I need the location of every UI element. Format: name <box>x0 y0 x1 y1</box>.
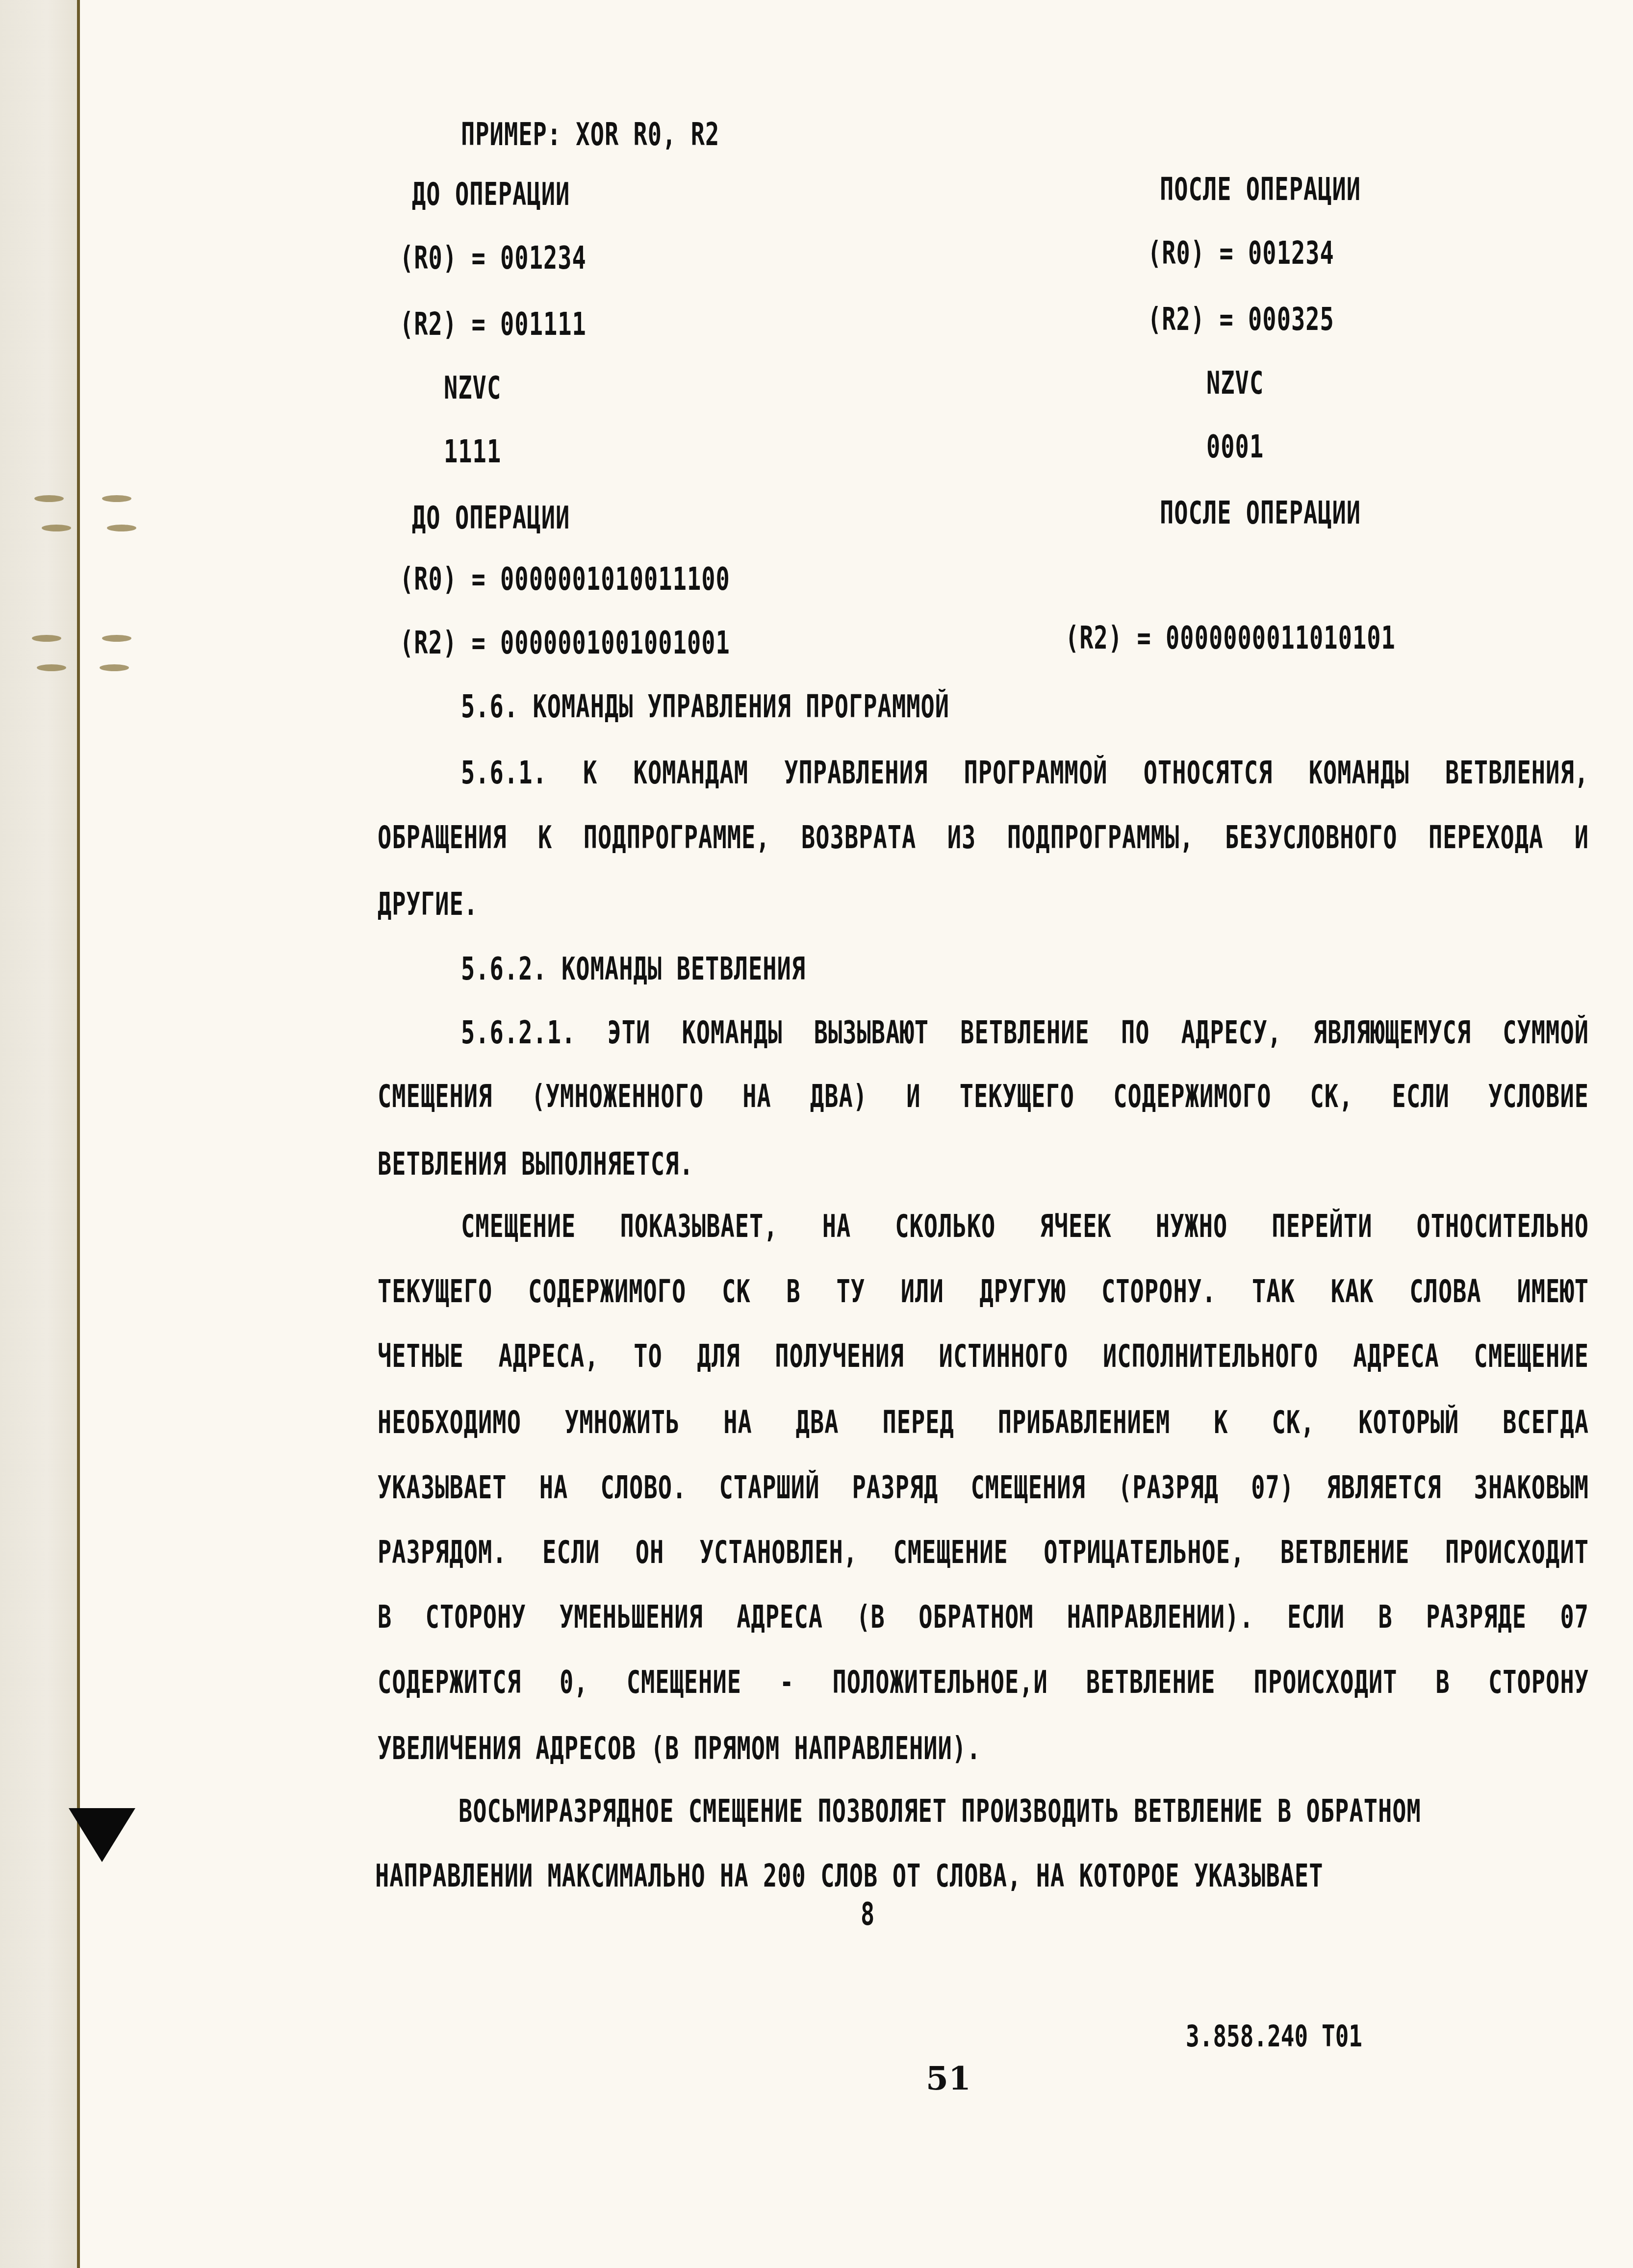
para-offset-line: УКАЗЫВАЕТ НА СЛОВО. СТАРШИЙ РАЗРЯД СМЕЩЕ… <box>378 1470 1589 1506</box>
after-heading-binary: ПОСЛЕ ОПЕРАЦИИ <box>1160 495 1361 531</box>
punch-hole-mark <box>32 635 61 642</box>
para-5-6-2-1-line: ВЕТВЛЕНИЯ ВЫПОЛНЯЕТСЯ. <box>378 1146 694 1183</box>
flags-label-after: NZVC <box>1206 365 1264 402</box>
flags-label-before: NZVC <box>444 370 501 406</box>
before-r0-octal: (R0) = 001234 <box>400 240 587 277</box>
punch-hole-mark <box>42 525 71 531</box>
document-page <box>80 0 1633 2268</box>
before-r2-octal: (R2) = 001111 <box>400 306 587 343</box>
para-5-6-1-line: 5.6.1. К КОМАНДАМ УПРАВЛЕНИЯ ПРОГРАММОЙ … <box>461 755 1589 791</box>
section-heading-5-6: 5.6. КОМАНДЫ УПРАВЛЕНИЯ ПРОГРАММОЙ <box>461 689 949 725</box>
para-5-6-2-1-line: 5.6.2.1. ЭТИ КОМАНДЫ ВЫЗЫВАЮТ ВЕТВЛЕНИЕ … <box>461 1015 1589 1051</box>
sheet-number: 51 <box>926 2059 971 2097</box>
para-offset-line: В СТОРОНУ УМЕНЬШЕНИЯ АДРЕСА (В ОБРАТНОМ … <box>378 1599 1589 1636</box>
para-5-6-1-line: ДРУГИЕ. <box>378 886 478 923</box>
before-r0-binary: (R0) = 0000001010011100 <box>400 561 730 598</box>
after-heading: ПОСЛЕ ОПЕРАЦИИ <box>1160 172 1361 208</box>
inner-page-number: 8 <box>861 1896 875 1933</box>
para-offset-line: СМЕЩЕНИЕ ПОКАЗЫВАЕТ, НА СКОЛЬКО ЯЧЕЕК НУ… <box>461 1209 1589 1245</box>
section-heading-5-6-2: 5.6.2. КОМАНДЫ ВЕТВЛЕНИЯ <box>461 951 806 987</box>
punch-hole-mark <box>107 525 136 531</box>
para-eight-bit-line: ВОСЬМИРАЗРЯДНОЕ СМЕЩЕНИЕ ПОЗВОЛЯЕТ ПРОИЗ… <box>459 1793 1421 1830</box>
punch-hole-mark <box>37 664 66 671</box>
para-offset-line: РАЗРЯДОМ. ЕСЛИ ОН УСТАНОВЛЕН, СМЕЩЕНИЕ О… <box>378 1535 1589 1571</box>
punch-hole-mark <box>100 664 129 671</box>
document-code: 3.858.240 Т01 <box>1186 2019 1362 2053</box>
binding-strip <box>0 0 78 2268</box>
para-offset-line: НЕОБХОДИМО УМНОЖИТЬ НА ДВА ПЕРЕД ПРИБАВЛ… <box>378 1405 1589 1441</box>
flags-before: 1111 <box>444 434 501 470</box>
punch-hole-mark <box>34 495 64 502</box>
para-offset-line: ЧЕТНЫЕ АДРЕСА, ТО ДЛЯ ПОЛУЧЕНИЯ ИСТИННОГ… <box>378 1338 1589 1375</box>
para-offset-line: УВЕЛИЧЕНИЯ АДРЕСОВ (В ПРЯМОМ НАПРАВЛЕНИИ… <box>378 1731 981 1767</box>
example-title: ПРИМЕР: XOR R0, R2 <box>461 117 719 153</box>
punch-hole-mark <box>102 495 131 502</box>
after-r2-binary: (R2) = 0000000011010101 <box>1065 620 1396 656</box>
after-r2-octal: (R2) = 000325 <box>1148 302 1334 338</box>
after-r0-octal: (R0) = 001234 <box>1148 235 1334 272</box>
para-offset-line: ТЕКУЩЕГО СОДЕРЖИМОГО СК В ТУ ИЛИ ДРУГУЮ … <box>378 1274 1589 1310</box>
punch-hole-mark <box>102 635 131 642</box>
para-5-6-1-line: ОБРАЩЕНИЯ К ПОДПРОГРАММЕ, ВОЗВРАТА ИЗ ПО… <box>378 820 1589 856</box>
triangle-marker-icon <box>69 1808 135 1862</box>
before-heading-binary: ДО ОПЕРАЦИИ <box>412 500 570 536</box>
flags-after: 0001 <box>1206 429 1264 465</box>
para-eight-bit-line: НАПРАВЛЕНИИ МАКСИМАЛЬНО НА 200 СЛОВ ОТ С… <box>375 1858 1324 1894</box>
before-heading: ДО ОПЕРАЦИИ <box>412 176 570 213</box>
para-5-6-2-1-line: СМЕЩЕНИЯ (УМНОЖЕННОГО НА ДВА) И ТЕКУЩЕГО… <box>378 1079 1589 1115</box>
before-r2-binary: (R2) = 0000001001001001 <box>400 625 730 661</box>
para-offset-line: СОДЕРЖИТСЯ 0, СМЕЩЕНИЕ - ПОЛОЖИТЕЛЬНОЕ,И… <box>378 1664 1589 1701</box>
